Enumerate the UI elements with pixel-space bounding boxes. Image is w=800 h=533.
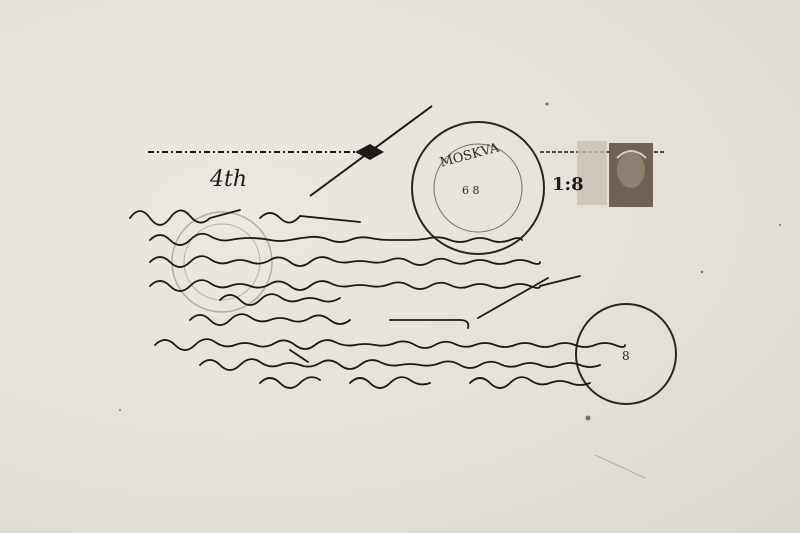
svg-text:4th: 4th	[209, 167, 247, 192]
diamond-mark	[310, 106, 432, 196]
svg-text:8: 8	[622, 349, 630, 363]
postage-stamp: 1:8	[552, 141, 653, 207]
svg-text:6 8: 6 8	[462, 184, 480, 197]
postcard-artwork: 1:8 MOSKVA 6 8 8 4th	[0, 0, 800, 533]
postmark-faded	[172, 212, 272, 312]
svg-text:1:8: 1:8	[552, 174, 584, 195]
postmark-secondary: 8	[576, 304, 676, 404]
handwriting: 4th	[130, 167, 625, 388]
postcard: 1:8 MOSKVA 6 8 8 4th	[0, 0, 800, 533]
postmark-main: MOSKVA 6 8	[412, 122, 544, 254]
